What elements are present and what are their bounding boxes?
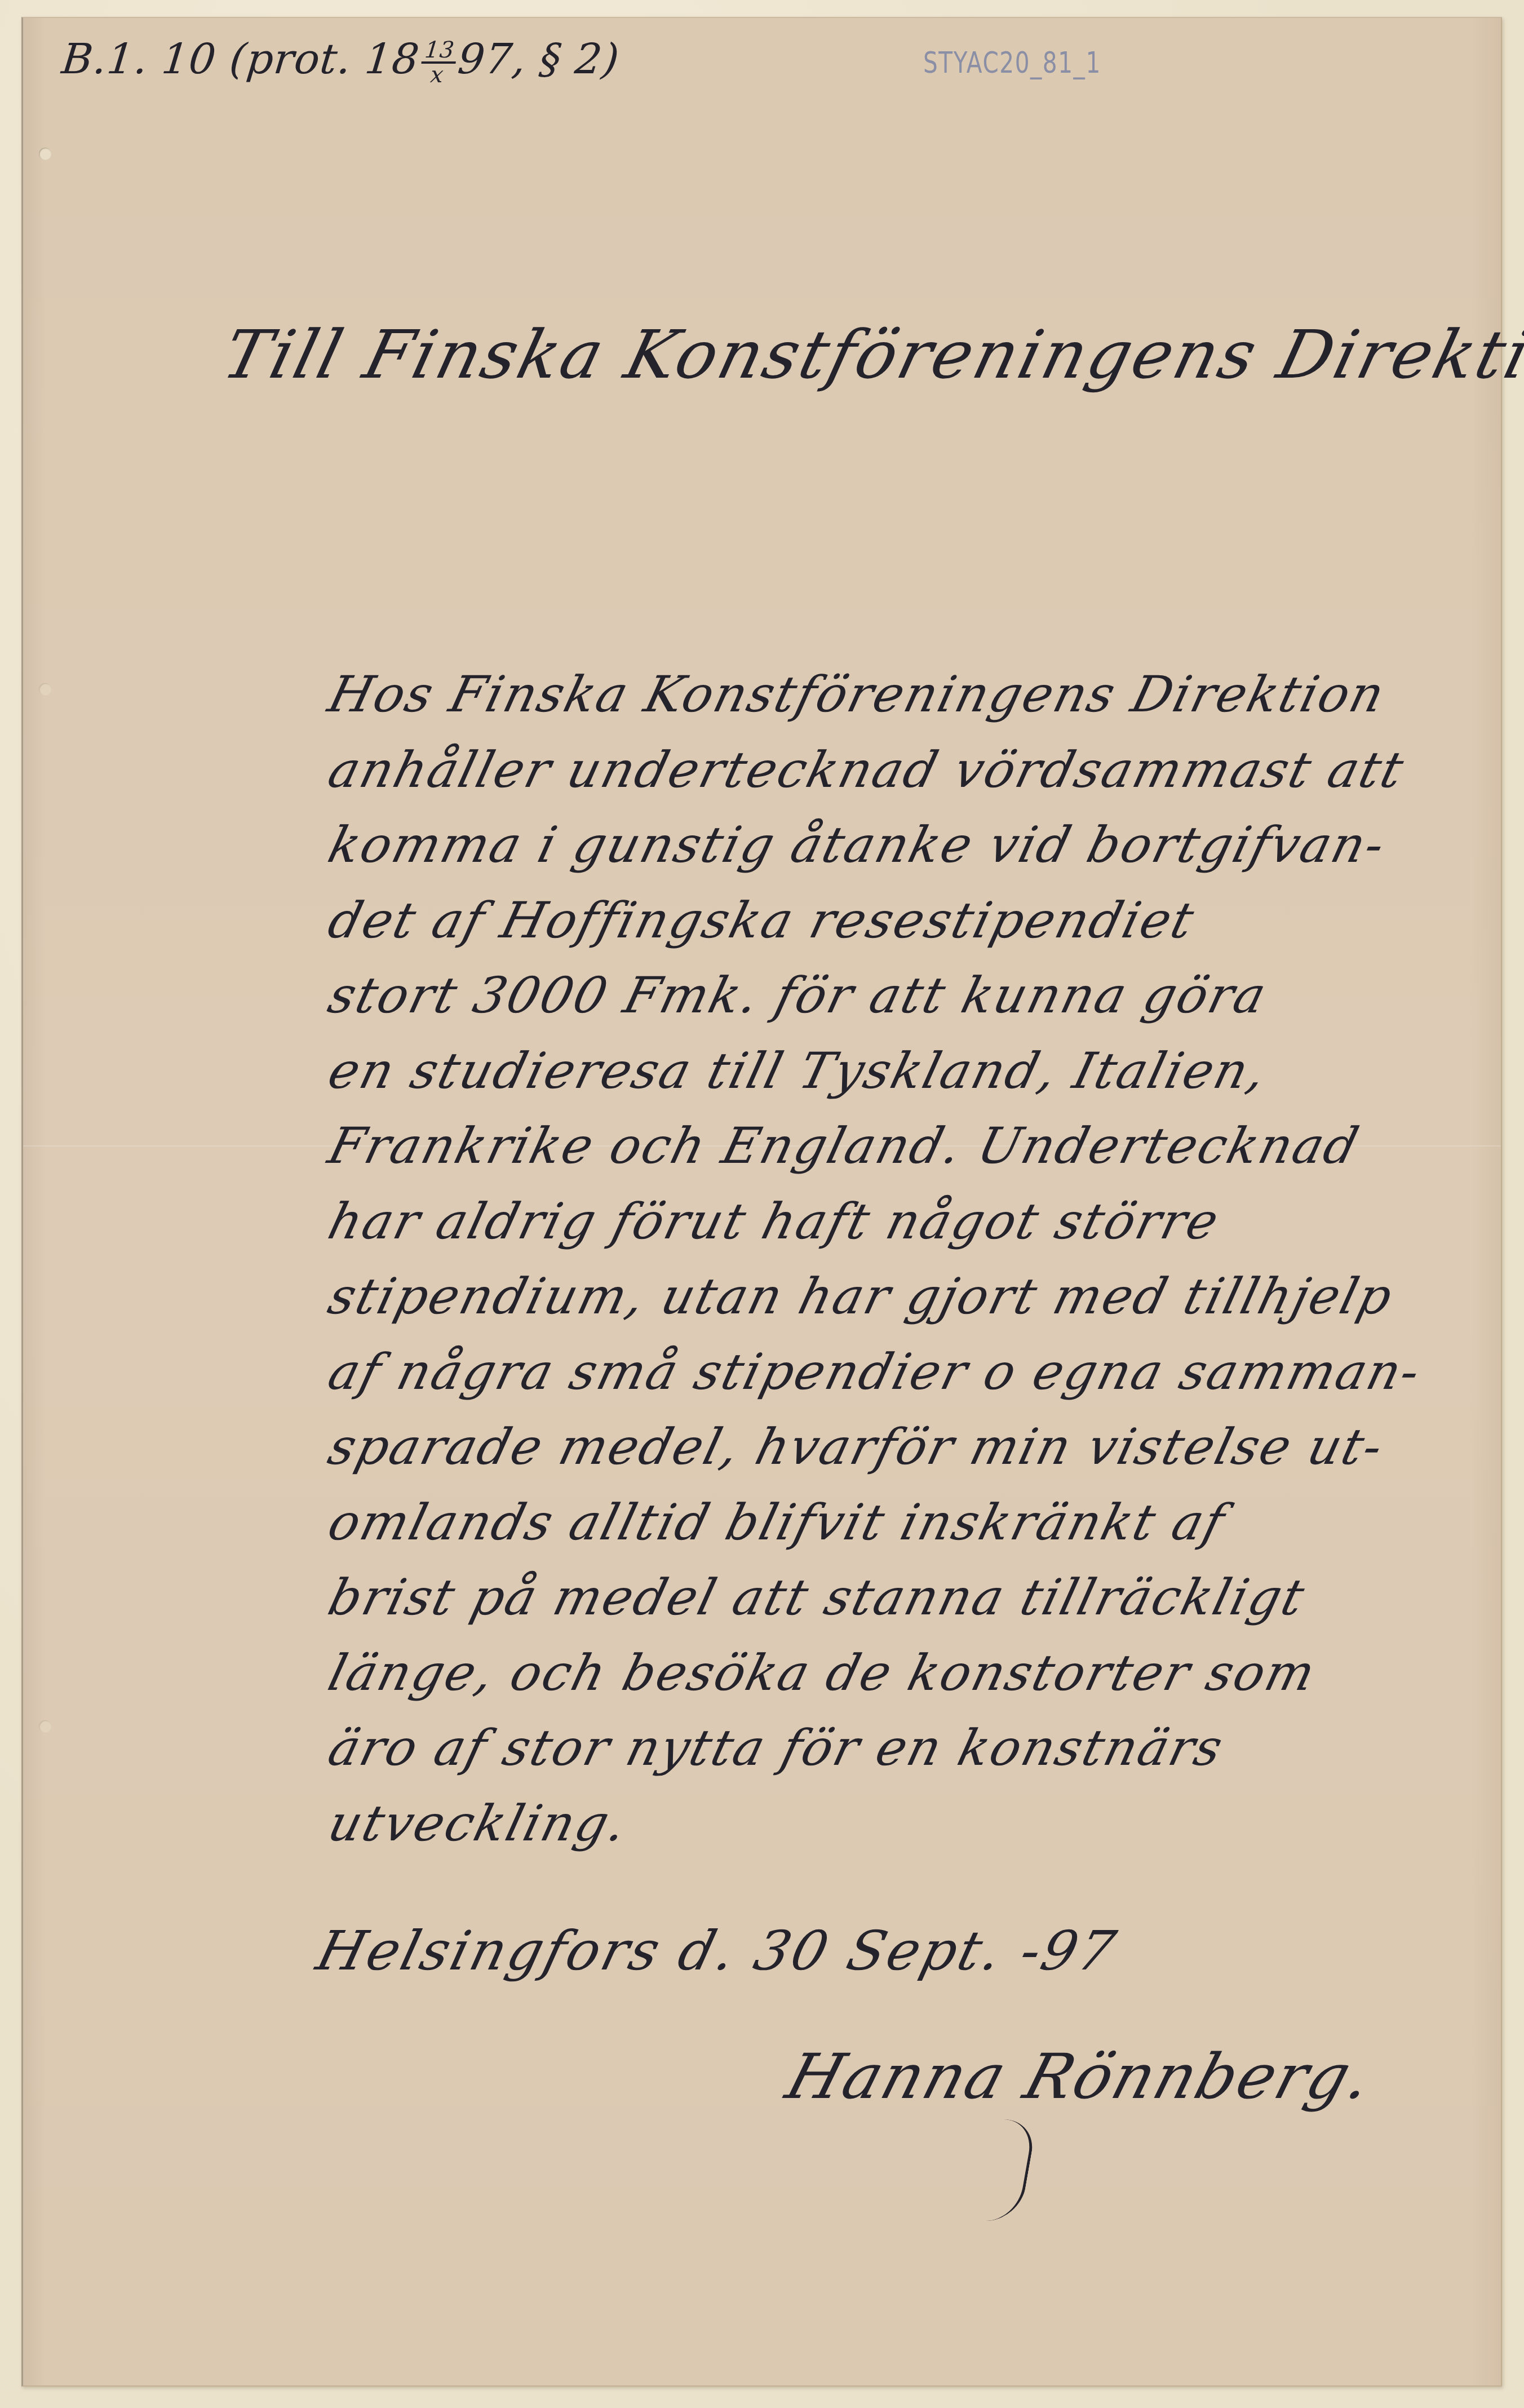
body-line: utveckling.: [318, 1794, 1521, 1870]
body-line: af några små stipendier o egna samman-: [318, 1343, 1521, 1418]
fraction-numerator: 13: [421, 39, 458, 64]
shelfmark: STYAC20_81_1: [923, 46, 1101, 80]
body-line: Hos Finska Konstföreningens Direktion: [318, 665, 1521, 741]
body-line: Frankrike och England. Undertecknad: [318, 1117, 1521, 1192]
archive-note: B.1. 10 (prot. 1813x97, § 2): [59, 35, 622, 86]
body-line: det af Hoffingska resestipendiet: [318, 891, 1521, 967]
body-line: omlands alltid blifvit inskränkt af: [318, 1493, 1521, 1569]
place-and-date: Helsingfors d. 30 Sept. -97: [311, 1919, 1124, 1982]
body-line: en studieresa till Tyskland, Italien,: [318, 1042, 1521, 1117]
body-line: sparade medel, hvarför min vistelse ut-: [318, 1418, 1521, 1493]
archive-note-suffix: 97, § 2): [455, 35, 622, 83]
letter-body: Hos Finska Konstföreningens Direktion an…: [318, 665, 1502, 1869]
addressee-heading: Till Finska Konstföreningens Direktion: [216, 316, 1524, 393]
body-line: anhåller undertecknad vördsammast att: [318, 741, 1521, 816]
signature: Hanna Rönnberg.: [779, 2040, 1382, 2113]
binding-hole-icon: [39, 148, 51, 160]
binding-hole-icon: [39, 1720, 51, 1733]
body-line: brist på medel att stanna tillräckligt: [318, 1568, 1521, 1644]
body-line: äro af stor nytta för en konstnärs: [318, 1719, 1521, 1794]
body-line: har aldrig förut haft något större: [318, 1192, 1521, 1268]
body-line: stort 3000 Fmk. för att kunna göra: [318, 966, 1521, 1042]
binding-hole-icon: [39, 683, 51, 696]
archive-note-fraction: 13x: [419, 39, 458, 86]
body-line: stipendium, utan har gjort med tillhjelp: [318, 1267, 1521, 1343]
fraction-denominator: x: [419, 64, 455, 86]
body-line: komma i gunstig åtanke vid bortgifvan-: [318, 816, 1521, 891]
archive-note-prefix: B.1. 10 (prot. 18: [60, 35, 422, 83]
body-line: länge, och besöka de konstorter som: [318, 1644, 1521, 1719]
